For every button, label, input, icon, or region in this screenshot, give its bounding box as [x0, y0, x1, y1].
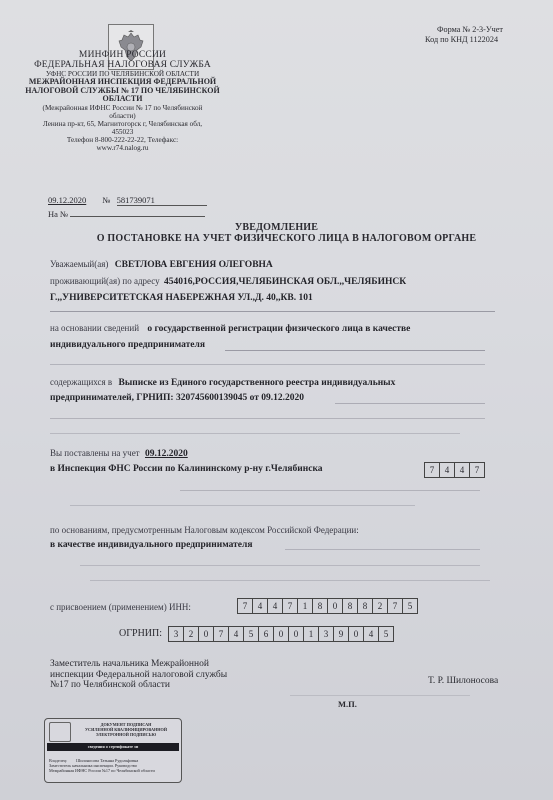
- inn-digit: 0: [327, 599, 342, 613]
- divider: [335, 403, 485, 404]
- issuer-address-line2: 455023: [25, 128, 220, 136]
- number-label: №: [102, 195, 110, 205]
- document-date: 09.12.2020: [48, 195, 86, 205]
- signatory-position-line1: Заместитель начальника Межрайонной: [50, 659, 227, 670]
- notice-title-line1: УВЕДОМЛЕНИЕ: [0, 222, 553, 233]
- issuer-header: МИНФИН РОССИИ ФЕДЕРАЛЬНАЯ НАЛОГОВАЯ СЛУЖ…: [25, 50, 220, 152]
- stamp-details: Владелец: Шилоносова Татьяна Рудольфовна…: [49, 753, 177, 773]
- source-row: содержащихся в Выписке из Единого госуда…: [50, 377, 395, 388]
- registration-date: 09.12.2020: [145, 449, 188, 459]
- inn-digit: 8: [342, 599, 357, 613]
- reply-to-number: [70, 207, 205, 217]
- inn-digit: 4: [267, 599, 282, 613]
- grounds-value: в качестве индивидуального предпринимате…: [50, 540, 252, 550]
- seal-label: М.П.: [338, 699, 357, 709]
- ministry-name: МИНФИН РОССИИ: [25, 50, 220, 60]
- source-value-line2: предпринимателей, ГРНИП: 320745600139045…: [50, 393, 304, 403]
- stamp-emblem-icon: [49, 722, 71, 742]
- address-label: проживающий(ая) по адресу: [50, 276, 160, 286]
- grounds-label: по основаниям, предусмотренным Налоговым…: [50, 525, 359, 535]
- authority-code-digit: 7: [425, 463, 439, 477]
- authority-code-cells: 7447: [424, 460, 485, 478]
- divider: [70, 505, 415, 506]
- basis-value-line2: индивидуального предпринимателя: [50, 340, 205, 350]
- ogrnip-digit: 4: [363, 627, 378, 641]
- ogrnip-digit: 5: [378, 627, 393, 641]
- ogrnip-digit: 9: [333, 627, 348, 641]
- reference-block: 09.12.2020 № 581739071 На №: [48, 195, 207, 219]
- ogrnip-digit: 7: [213, 627, 228, 641]
- authority-code-digit: 4: [439, 463, 454, 477]
- inn-digit: 4: [252, 599, 267, 613]
- reply-to-label: На №: [48, 209, 68, 219]
- inn-digit: 8: [312, 599, 327, 613]
- inn-digit: 7: [387, 599, 402, 613]
- basis-value-line1: о государственной регистрации физическог…: [147, 324, 410, 334]
- ogrnip-digit: 3: [169, 627, 183, 641]
- document-number: 581739071: [117, 195, 207, 206]
- ogrnip-cells: 320745600139045: [168, 624, 394, 642]
- inspection-name-line3: ОБЛАСТИ: [25, 95, 220, 104]
- authority-code-digit: 7: [469, 463, 484, 477]
- registration-date-row: Вы поставлены на учет 09.12.2020: [50, 448, 188, 459]
- inn-label: с присвоением (применением) ИНН:: [50, 602, 191, 612]
- issuer-website: www.r74.nalog.ru: [25, 144, 220, 152]
- authority-code-digit: 4: [454, 463, 469, 477]
- form-number: Форма № 2-3-Учет: [425, 25, 503, 35]
- source-label: содержащихся в: [50, 377, 112, 387]
- divider: [80, 565, 480, 566]
- ogrnip-digit: 0: [198, 627, 213, 641]
- salutation-label: Уважаемый(ая): [50, 259, 108, 269]
- divider: [50, 418, 485, 419]
- form-identifier: Форма № 2-3-Учет Код по КНД 1122024: [425, 25, 503, 45]
- knd-code: Код по КНД 1122024: [425, 35, 503, 45]
- divider: [50, 433, 460, 434]
- ogrnip-label: ОГРНИП:: [119, 628, 162, 639]
- signatory-position-line2: инспекции Федеральной налоговой службы: [50, 670, 227, 681]
- ogrnip-digit: 0: [288, 627, 303, 641]
- inn-digit: 8: [357, 599, 372, 613]
- tax-registration-notice-page: МИНФИН РОССИИ ФЕДЕРАЛЬНАЯ НАЛОГОВАЯ СЛУЖ…: [0, 0, 553, 800]
- recipient-address-line2: Г.,,УНИВЕРСИТЕТСКАЯ НАБЕРЕЖНАЯ УЛ.,Д. 40…: [50, 293, 313, 303]
- recipient-address-row: проживающий(ая) по адресу 454016,РОССИЯ,…: [50, 276, 406, 287]
- inn-digit: 7: [282, 599, 297, 613]
- recipient-full-name: СВЕТЛОВА ЕВГЕНИЯ ОЛЕГОВНА: [115, 260, 273, 270]
- basis-row: на основании сведений о государственной …: [50, 323, 410, 334]
- service-name: ФЕДЕРАЛЬНАЯ НАЛОГОВАЯ СЛУЖБА: [25, 60, 220, 70]
- ogrnip-digit: 0: [273, 627, 288, 641]
- divider: [180, 490, 480, 491]
- inn-digit: 1: [297, 599, 312, 613]
- divider: [285, 549, 480, 550]
- issuer-address-line1: Ленина пр-кт, 65, Магнитогорск г, Челяби…: [25, 120, 220, 128]
- stamp-certificate-bar: сведения о сертификате эп: [47, 743, 179, 751]
- divider: [225, 350, 485, 351]
- e-signature-stamp: ДОКУМЕНТ ПОДПИСАН УСИЛЕННОЙ КВАЛИФИЦИРОВ…: [44, 718, 182, 783]
- ogrnip-digit: 2: [183, 627, 198, 641]
- ogrnip-digit: 0: [348, 627, 363, 641]
- inn-digit: 5: [402, 599, 417, 613]
- ogrnip-digit: 4: [228, 627, 243, 641]
- registration-authority: в Инспекция ФНС России по Калининскому р…: [50, 464, 323, 474]
- inspection-short-name-line1: (Межрайонная ИФНС России № 17 по Челябин…: [25, 104, 220, 112]
- divider: [50, 311, 495, 312]
- signatory-position-line3: №17 по Челябинской области: [50, 680, 227, 691]
- source-value-line1: Выписке из Единого государственного реес…: [119, 378, 396, 388]
- divider: [90, 580, 490, 581]
- ogrnip-digit: 6: [258, 627, 273, 641]
- issuer-phone: Телефон 8-800-222-22-22, Телефакс:: [25, 136, 220, 144]
- inn-cells: 744718088275: [237, 596, 418, 614]
- ogrnip-digit: 5: [243, 627, 258, 641]
- inn-digit: 2: [372, 599, 387, 613]
- stamp-title-line3: ЭЛЕКТРОННОЙ ПОДПИСЬЮ: [73, 732, 179, 737]
- signature-line: [290, 695, 470, 696]
- divider: [50, 364, 485, 365]
- inspection-short-name-line2: области): [25, 112, 220, 120]
- notice-title-line2: О ПОСТАНОВКЕ НА УЧЕТ ФИЗИЧЕСКОГО ЛИЦА В …: [0, 233, 553, 244]
- basis-label: на основании сведений: [50, 323, 139, 333]
- signatory-position: Заместитель начальника Межрайонной инспе…: [50, 659, 227, 691]
- ogrnip-digit: 1: [303, 627, 318, 641]
- inn-digit: 7: [238, 599, 252, 613]
- stamp-position-line2: Межрайонная ИФНС России №17 по Челябинск…: [49, 768, 177, 773]
- stamp-title: ДОКУМЕНТ ПОДПИСАН УСИЛЕННОЙ КВАЛИФИЦИРОВ…: [73, 722, 179, 737]
- registration-label: Вы поставлены на учет: [50, 448, 140, 458]
- recipient-address-line1: 454016,РОССИЯ,ЧЕЛЯБИНСКАЯ ОБЛ.,,ЧЕЛЯБИНС…: [164, 277, 406, 287]
- recipient-name-row: Уважаемый(ая) СВЕТЛОВА ЕВГЕНИЯ ОЛЕГОВНА: [50, 259, 273, 270]
- signatory-name: Т. Р. Шилоносова: [428, 676, 498, 686]
- ogrnip-digit: 3: [318, 627, 333, 641]
